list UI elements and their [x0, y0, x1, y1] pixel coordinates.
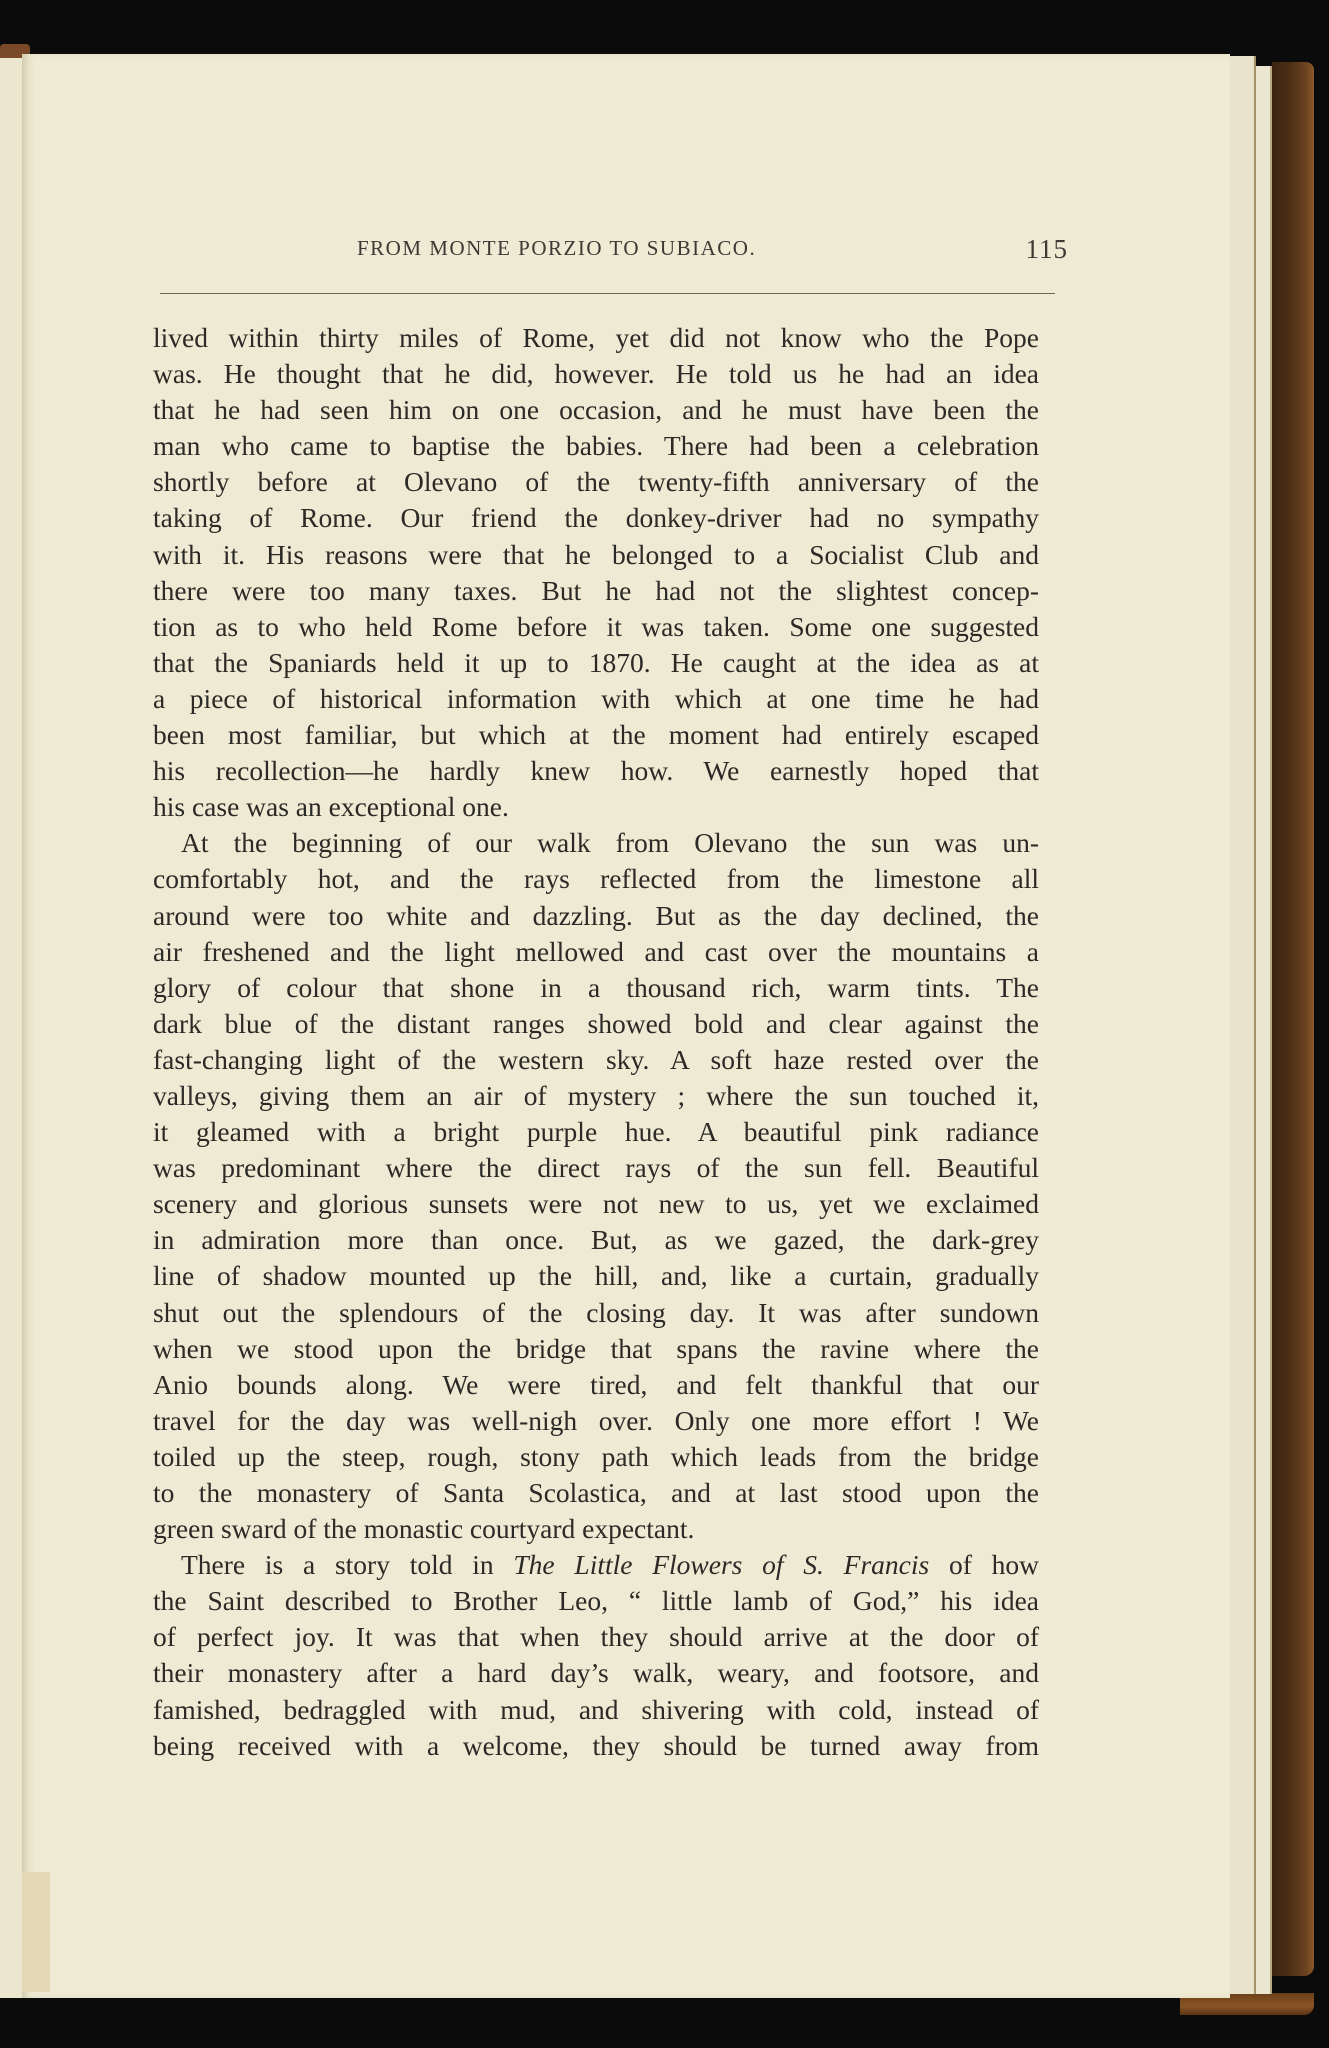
- paragraph-3: There is a story told in The Little Flow…: [153, 1547, 1039, 1764]
- text-line: taking of Rome. Our friend the donkey-dr…: [153, 500, 1039, 536]
- text-line: when we stood upon the bridge that spans…: [153, 1331, 1039, 1367]
- text-line: dark blue of the distant ranges showed b…: [153, 1006, 1039, 1042]
- text-line: man who came to baptise the babies. Ther…: [153, 428, 1039, 464]
- text-line: their monastery after a hard day’s walk,…: [153, 1655, 1039, 1691]
- text-fragment: There is a story told in: [181, 1549, 513, 1580]
- text-line: fast-changing light of the western sky. …: [153, 1042, 1039, 1078]
- running-head: FROM MONTE PORZIO TO SUBIACO. 115: [150, 236, 1080, 272]
- text-line: line of shadow mounted up the hill, and,…: [153, 1258, 1039, 1294]
- text-line: been most familiar, but which at the mom…: [153, 717, 1039, 753]
- text-line: being received with a welcome, they shou…: [153, 1728, 1039, 1764]
- text-line: there were too many taxes. But he had no…: [153, 573, 1039, 609]
- text-line: that he had seen him on one occasion, an…: [153, 392, 1039, 428]
- page-number: 115: [1026, 234, 1069, 265]
- page-stack-edge: [1230, 56, 1256, 1994]
- text-line: it gleamed with a bright purple hue. A b…: [153, 1114, 1039, 1150]
- text-line: glory of colour that shone in a thousand…: [153, 970, 1039, 1006]
- text-line: travel for the day was well-nigh over. O…: [153, 1403, 1039, 1439]
- text-line: to the monastery of Santa Scolastica, an…: [153, 1475, 1039, 1511]
- paper-tab: [22, 1872, 50, 1992]
- text-line: his recollection—he hardly knew how. We …: [153, 753, 1039, 789]
- text-line: in admiration more than once. But, as we…: [153, 1222, 1039, 1258]
- text-line: valleys, giving them an air of mystery ;…: [153, 1078, 1039, 1114]
- text-line: green sward of the monastic courtyard ex…: [153, 1511, 1039, 1547]
- text-line: lived within thirty miles of Rome, yet d…: [153, 320, 1039, 356]
- text-line: a piece of historical information with w…: [153, 681, 1039, 717]
- text-line: Anio bounds along. We were tired, and fe…: [153, 1367, 1039, 1403]
- text-line: was predominant where the direct rays of…: [153, 1150, 1039, 1186]
- text-line: his case was an exceptional one.: [153, 789, 1039, 825]
- text-line: that the Spaniards held it up to 1870. H…: [153, 645, 1039, 681]
- running-title: FROM MONTE PORZIO TO SUBIACO.: [357, 236, 756, 261]
- text-fragment: of how: [929, 1549, 1039, 1580]
- book-title-italic: The Little Flowers of S. Francis: [513, 1549, 929, 1580]
- text-line: toiled up the steep, rough, stony path w…: [153, 1439, 1039, 1475]
- text-line: was. He thought that he did, however. He…: [153, 356, 1039, 392]
- text-line: There is a story told in The Little Flow…: [153, 1547, 1039, 1583]
- body-text: lived within thirty miles of Rome, yet d…: [153, 320, 1039, 1764]
- text-line: At the beginning of our walk from Olevan…: [153, 825, 1039, 861]
- text-line: scenery and glorious sunsets were not ne…: [153, 1186, 1039, 1222]
- text-line: of perfect joy. It was that when they sh…: [153, 1619, 1039, 1655]
- text-line: air freshened and the light mellowed and…: [153, 934, 1039, 970]
- header-rule: [160, 293, 1055, 294]
- text-line: with it. His reasons were that he belong…: [153, 537, 1039, 573]
- text-line: famished, bedraggled with mud, and shive…: [153, 1692, 1039, 1728]
- paragraph-1: lived within thirty miles of Rome, yet d…: [153, 320, 1039, 825]
- text-line: shut out the splendours of the closing d…: [153, 1295, 1039, 1331]
- paragraph-2: At the beginning of our walk from Olevan…: [153, 825, 1039, 1547]
- text-line: shortly before at Olevano of the twenty-…: [153, 464, 1039, 500]
- text-line: comfortably hot, and the rays reflected …: [153, 861, 1039, 897]
- page-stack-edge: [1254, 66, 1272, 1994]
- text-line: the Saint described to Brother Leo, “ li…: [153, 1583, 1039, 1619]
- text-line: tion as to who held Rome before it was t…: [153, 609, 1039, 645]
- text-line: around were too white and dazzling. But …: [153, 898, 1039, 934]
- book-cover-edge: [1272, 62, 1314, 1976]
